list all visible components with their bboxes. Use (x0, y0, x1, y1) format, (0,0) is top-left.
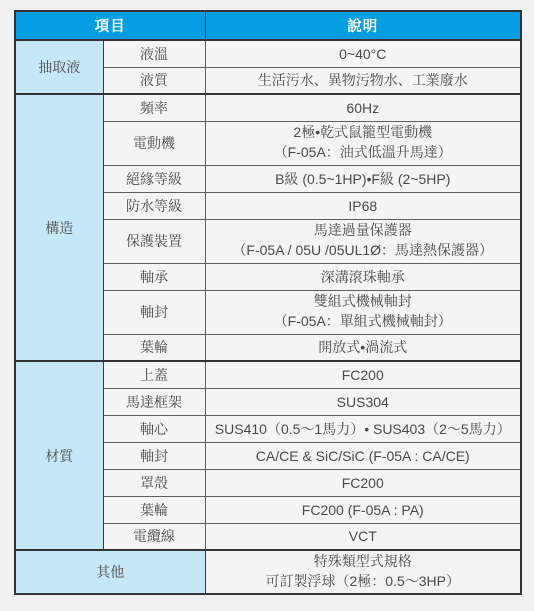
row-label: 頻率 (103, 94, 205, 121)
row-value: VCT (205, 523, 521, 550)
value-line-2: 可訂製浮球（2極：0.5～3HP） (210, 572, 517, 592)
row-label: 馬達框架 (103, 388, 205, 415)
row-label: 電纜線 (103, 523, 205, 550)
row-label: 保護裝置 (103, 219, 205, 263)
row-value: CA/CE & SiC/SiC (F-05A : CA/CE) (205, 442, 521, 469)
row-label: 絕緣等級 (103, 165, 205, 192)
table-row: 抽取液 液溫 0~40°C (15, 40, 521, 67)
row-label: 軸封 (103, 290, 205, 334)
value-line-1: 2極•乾式鼠籠型電動機 (210, 123, 517, 143)
spec-table: 項目 說明 抽取液 液溫 0~40°C 液質 生活污水、異物污物水、工業廢水 構… (14, 10, 522, 595)
category-cell-material: 材質 (15, 361, 103, 550)
category-cell-other: 其他 (15, 550, 205, 594)
row-label: 罩殼 (103, 469, 205, 496)
row-value: B級 (0.5~1HP)•F級 (2~5HP) (205, 165, 521, 192)
header-description: 說明 (205, 11, 521, 40)
row-label: 上蓋 (103, 361, 205, 388)
row-value: 馬達過量保護器 （F-05A / 05U /05UL1Ø：馬達熱保護器） (205, 219, 521, 263)
row-value: 60Hz (205, 94, 521, 121)
row-value: FC200 (F-05A : PA) (205, 496, 521, 523)
table-row: 材質 上蓋 FC200 (15, 361, 521, 388)
row-label: 葉輪 (103, 334, 205, 361)
header-item: 項目 (15, 11, 205, 40)
row-value: 雙組式機械軸封 （F-05A：單組式機械軸封） (205, 290, 521, 334)
category-cell-structure: 構造 (15, 94, 103, 361)
row-value: IP68 (205, 192, 521, 219)
row-label: 液質 (103, 67, 205, 94)
row-value: FC200 (205, 361, 521, 388)
value-line-1: 特殊類型式規格 (210, 552, 517, 572)
header-row: 項目 說明 (15, 11, 521, 40)
row-value: 0~40°C (205, 40, 521, 67)
row-label: 液溫 (103, 40, 205, 67)
row-value: 生活污水、異物污物水、工業廢水 (205, 67, 521, 94)
value-line-1: 馬達過量保護器 (210, 221, 517, 241)
row-label: 軸承 (103, 263, 205, 290)
row-value: 2極•乾式鼠籠型電動機 （F-05A：油式低溫升馬達） (205, 121, 521, 165)
row-value: 特殊類型式規格 可訂製浮球（2極：0.5～3HP） (205, 550, 521, 594)
value-line-1: 雙組式機械軸封 (210, 292, 517, 312)
row-label: 軸心 (103, 415, 205, 442)
row-value: 深溝滾珠軸承 (205, 263, 521, 290)
row-label: 電動機 (103, 121, 205, 165)
row-value: FC200 (205, 469, 521, 496)
table-row: 構造 頻率 60Hz (15, 94, 521, 121)
value-line-2: （F-05A / 05U /05UL1Ø：馬達熱保護器） (210, 241, 517, 261)
row-label: 葉輪 (103, 496, 205, 523)
row-label: 軸封 (103, 442, 205, 469)
row-value: 開放式•渦流式 (205, 334, 521, 361)
category-cell-liquid: 抽取液 (15, 40, 103, 94)
row-label: 防水等級 (103, 192, 205, 219)
row-value: SUS304 (205, 388, 521, 415)
value-line-2: （F-05A：油式低溫升馬達） (210, 143, 517, 163)
row-value: SUS410（0.5～1馬力）• SUS403（2～5馬力） (205, 415, 521, 442)
table-row: 其他 特殊類型式規格 可訂製浮球（2極：0.5～3HP） (15, 550, 521, 594)
value-line-2: （F-05A：單組式機械軸封） (210, 312, 517, 332)
